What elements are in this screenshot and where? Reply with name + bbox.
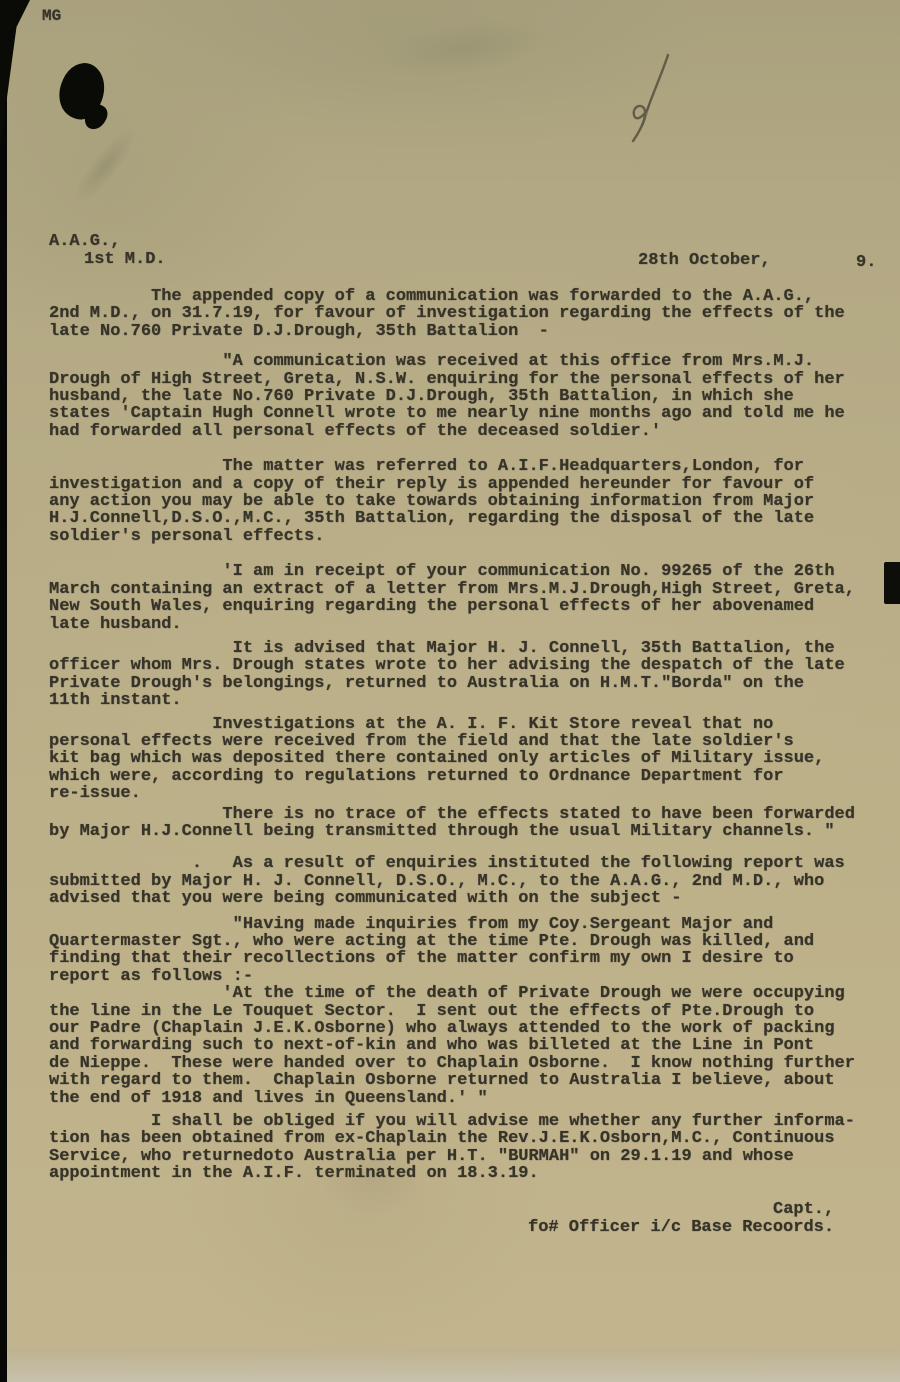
paragraph: It is advised that Major H. J. Connell, … <box>49 640 897 710</box>
paragraph: There is no trace of the effects stated … <box>49 806 897 841</box>
paragraph: "Having made inquiries from my Coy.Serge… <box>49 916 897 986</box>
paragraph: Investigations at the A. I. F. Kit Store… <box>49 716 897 803</box>
paper-smudge <box>65 120 145 212</box>
signature-rank: Capt., <box>773 1201 834 1218</box>
paragraph: I shall be obliged if you will advise me… <box>49 1113 897 1183</box>
scan-edge-bottom <box>7 1352 900 1382</box>
document-page: MG A.A.G., 1st M.D. 28th October, 9. The… <box>0 0 900 1382</box>
paragraph: 'I am in receipt of your communication N… <box>49 563 897 633</box>
document-date: 28th October, <box>638 252 771 269</box>
paragraph: The appended copy of a communication was… <box>49 288 897 340</box>
page-number: 9. <box>856 254 876 271</box>
corner-initials: MG <box>42 8 61 25</box>
addressee-district: 1st M.D. <box>84 251 166 268</box>
signature-office: fo# Officer i/c Base Recoords. <box>528 1219 834 1236</box>
paragraph: 'At the time of the death of Private Dro… <box>49 985 897 1107</box>
addressee-line: A.A.G., <box>49 233 120 250</box>
letter-body: The appended copy of a communication was… <box>49 288 897 1183</box>
paragraph: The matter was referred to A.I.F.Headqua… <box>49 458 897 545</box>
paragraph: . As a result of enquiries instituted th… <box>49 855 897 907</box>
paper-smudge <box>377 10 553 85</box>
handwritten-numeral-mark <box>612 45 696 149</box>
paragraph: "A communication was received at this of… <box>49 353 897 440</box>
scan-edge-left <box>0 0 7 1382</box>
